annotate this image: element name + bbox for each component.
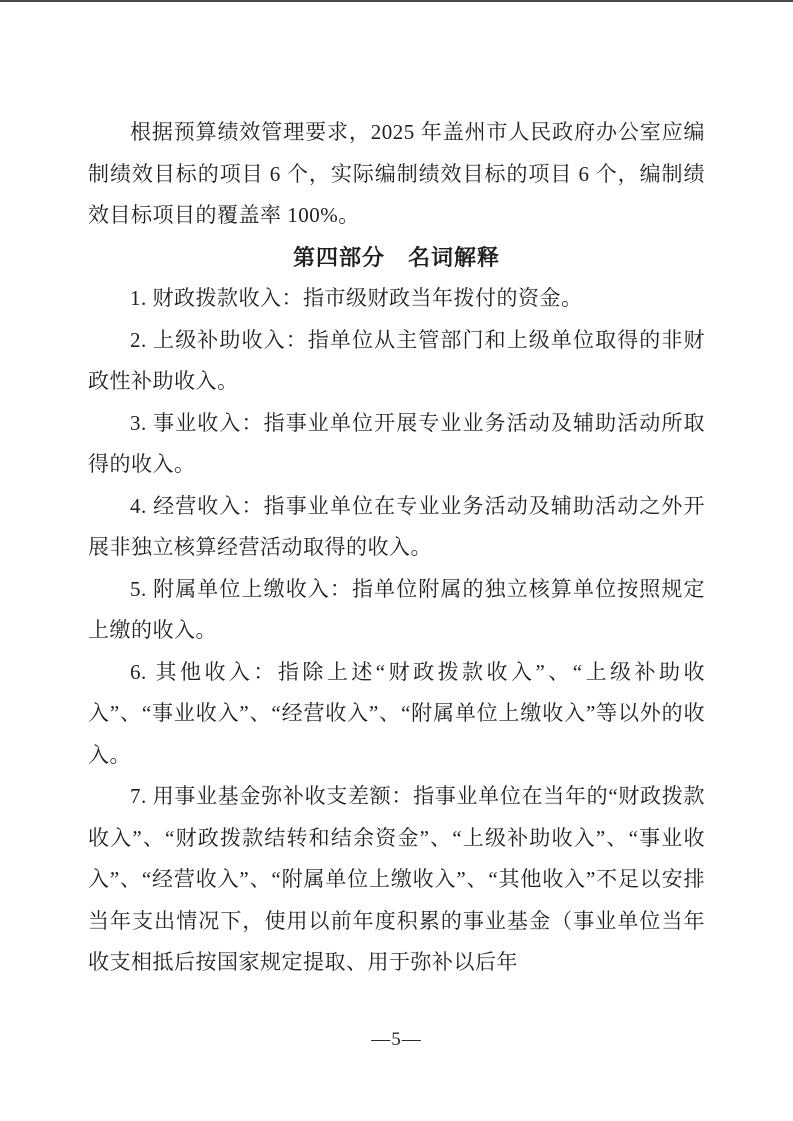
definition-item-4: 4. 经营收入：指事业单位在专业业务活动及辅助活动之外开展非独立核算经营活动取得… bbox=[88, 486, 705, 569]
section-heading: 第四部分 名词解释 bbox=[88, 237, 705, 279]
page-content: 根据预算绩效管理要求，2025 年盖州市人民政府办公室应编制绩效目标的项目 6 … bbox=[88, 112, 705, 984]
definition-item-7: 7. 用事业基金弥补收支差额：指事业单位在当年的“财政拨款收入”、“财政拨款结转… bbox=[88, 776, 705, 984]
definition-item-6: 6. 其他收入：指除上述“财政拨款收入”、“上级补助收入”、“事业收入”、“经营… bbox=[88, 652, 705, 777]
intro-paragraph: 根据预算绩效管理要求，2025 年盖州市人民政府办公室应编制绩效目标的项目 6 … bbox=[88, 112, 705, 237]
page-number: —5— bbox=[0, 1026, 793, 1054]
definition-item-2: 2. 上级补助收入：指单位从主管部门和上级单位取得的非财政性补助收入。 bbox=[88, 320, 705, 403]
scan-artifact-top-line bbox=[0, 0, 793, 2]
definition-item-3: 3. 事业收入：指事业单位开展专业业务活动及辅助活动所取得的收入。 bbox=[88, 403, 705, 486]
definition-item-5: 5. 附属单位上缴收入：指单位附属的独立核算单位按照规定上缴的收入。 bbox=[88, 569, 705, 652]
definition-item-1: 1. 财政拨款收入：指市级财政当年拨付的资金。 bbox=[88, 278, 705, 320]
document-page: 根据预算绩效管理要求，2025 年盖州市人民政府办公室应编制绩效目标的项目 6 … bbox=[0, 0, 793, 1121]
